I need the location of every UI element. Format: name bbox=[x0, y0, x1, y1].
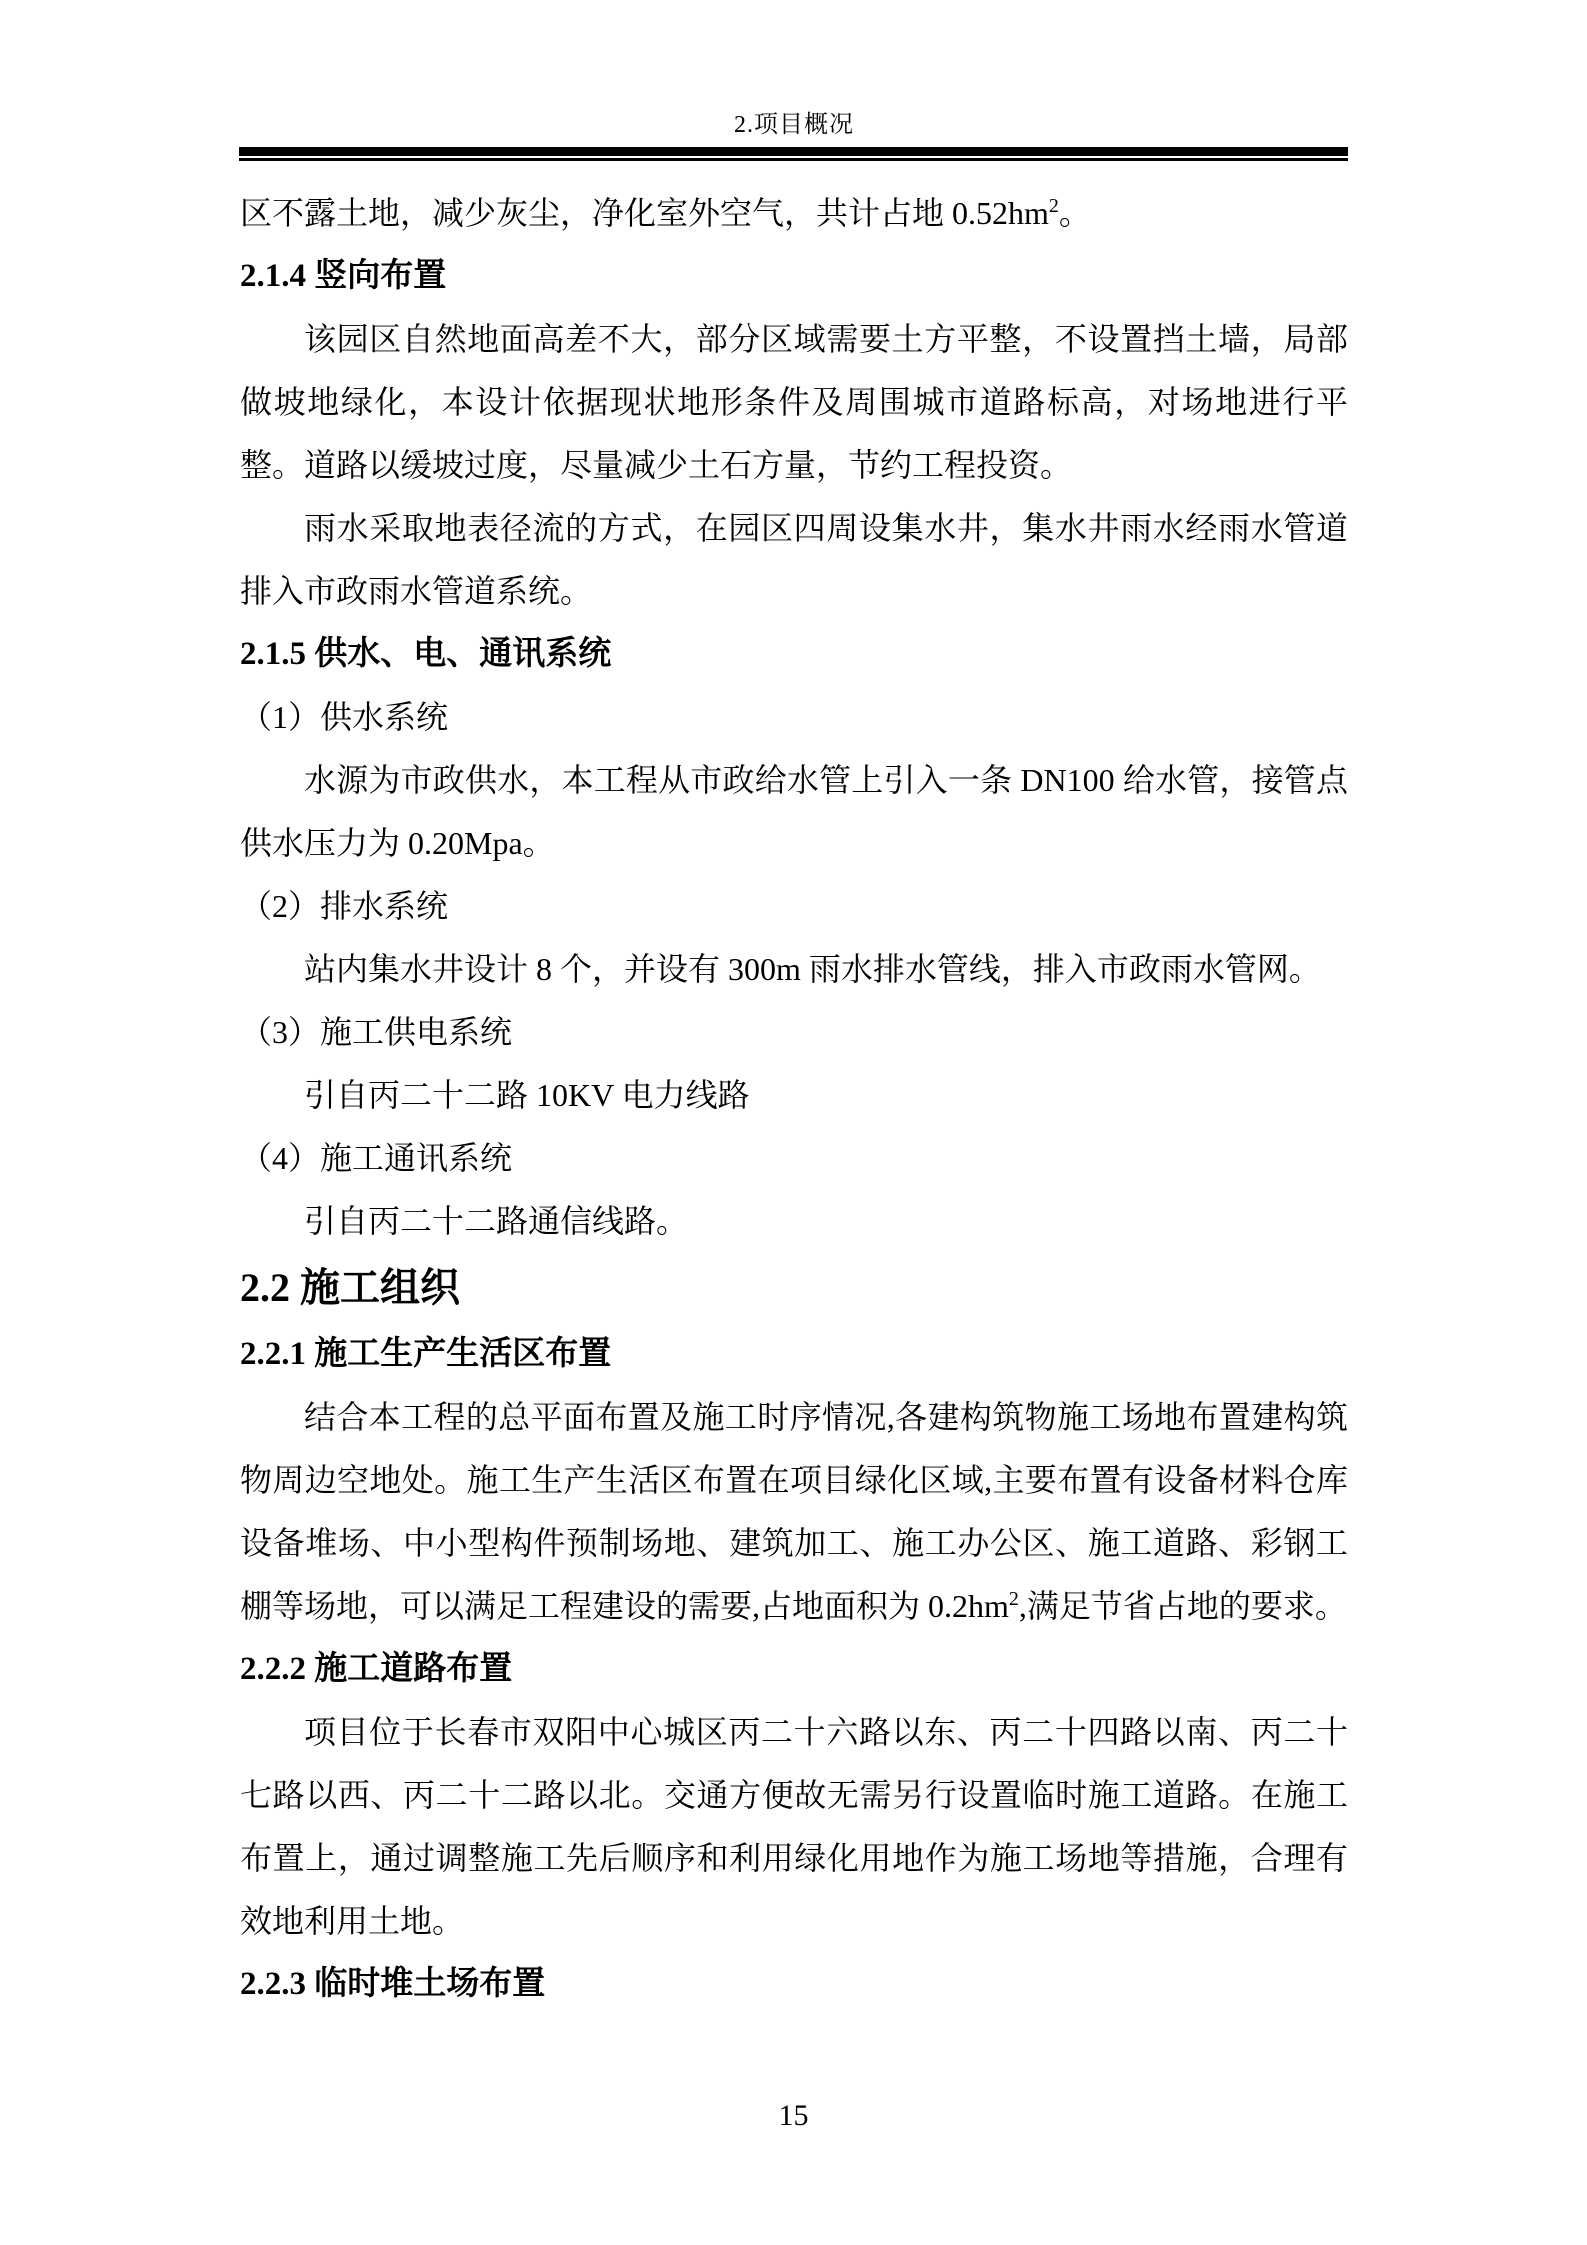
section-heading-2-2: 2.2 施工组织 bbox=[240, 1253, 1348, 1323]
paragraph-site-layout: 结合本工程的总平面布置及施工时序情况,各建构筑物施工场地布置建构筑物周边空地处。… bbox=[240, 1386, 1348, 1638]
paragraph-terrain-grading: 该园区自然地面高差不大，部分区域需要土方平整，不设置挡土墙，局部做坡地绿化，本设… bbox=[240, 308, 1348, 497]
section-heading-2-2-3: 2.2.3 临时堆土场布置 bbox=[240, 1953, 1348, 2016]
list-item-telecom-label: （4）施工通讯系统 bbox=[240, 1127, 1348, 1190]
header-rule-divider bbox=[239, 147, 1348, 161]
document-page: 2.项目概况 区不露土地，减少灰尘，净化室外空气，共计占地 0.52hm2。 2… bbox=[0, 0, 1587, 2245]
document-body: 区不露土地，减少灰尘，净化室外空气，共计占地 0.52hm2。 2.1.4 竖向… bbox=[240, 182, 1348, 2016]
area-superscript-2: 2 bbox=[1009, 1588, 1019, 1610]
intro-paragraph: 区不露土地，减少灰尘，净化室外空气，共计占地 0.52hm2。 bbox=[240, 182, 1348, 245]
site-layout-text-post: ,满足节省占地的要求。 bbox=[1019, 1588, 1347, 1624]
paragraph-power-line: 引自丙二十二路 10KV 电力线路 bbox=[240, 1064, 1348, 1127]
page-number: 15 bbox=[0, 2098, 1587, 2134]
section-heading-2-2-2: 2.2.2 施工道路布置 bbox=[240, 1638, 1348, 1701]
list-item-power-label: （3）施工供电系统 bbox=[240, 1001, 1348, 1064]
section-heading-2-1-5: 2.1.5 供水、电、通讯系统 bbox=[240, 623, 1348, 686]
area-superscript: 2 bbox=[1049, 195, 1059, 217]
paragraph-rainwater-drainage: 雨水采取地表径流的方式，在园区四周设集水井，集水井雨水经雨水管道排入市政雨水管道… bbox=[240, 497, 1348, 623]
running-header-title: 2.项目概况 bbox=[240, 110, 1348, 140]
paragraph-water-supply: 水源为市政供水，本工程从市政给水管上引入一条 DN100 给水管，接管点供水压力… bbox=[240, 749, 1348, 875]
paragraph-drainage: 站内集水井设计 8 个，并设有 300m 雨水排水管线，排入市政雨水管网。 bbox=[240, 938, 1348, 1001]
section-heading-2-2-1: 2.2.1 施工生产生活区布置 bbox=[240, 1323, 1348, 1386]
section-heading-2-1-4: 2.1.4 竖向布置 bbox=[240, 245, 1348, 308]
paragraph-telecom-line: 引自丙二十二路通信线路。 bbox=[240, 1190, 1348, 1253]
intro-text-pre: 区不露土地，减少灰尘，净化室外空气，共计占地 0.52hm bbox=[240, 195, 1049, 231]
intro-text-post: 。 bbox=[1059, 195, 1091, 231]
list-item-drainage-label: （2）排水系统 bbox=[240, 875, 1348, 938]
list-item-water-supply-label: （1）供水系统 bbox=[240, 686, 1348, 749]
paragraph-construction-roads: 项目位于长春市双阳中心城区丙二十六路以东、丙二十四路以南、丙二十七路以西、丙二十… bbox=[240, 1701, 1348, 1953]
